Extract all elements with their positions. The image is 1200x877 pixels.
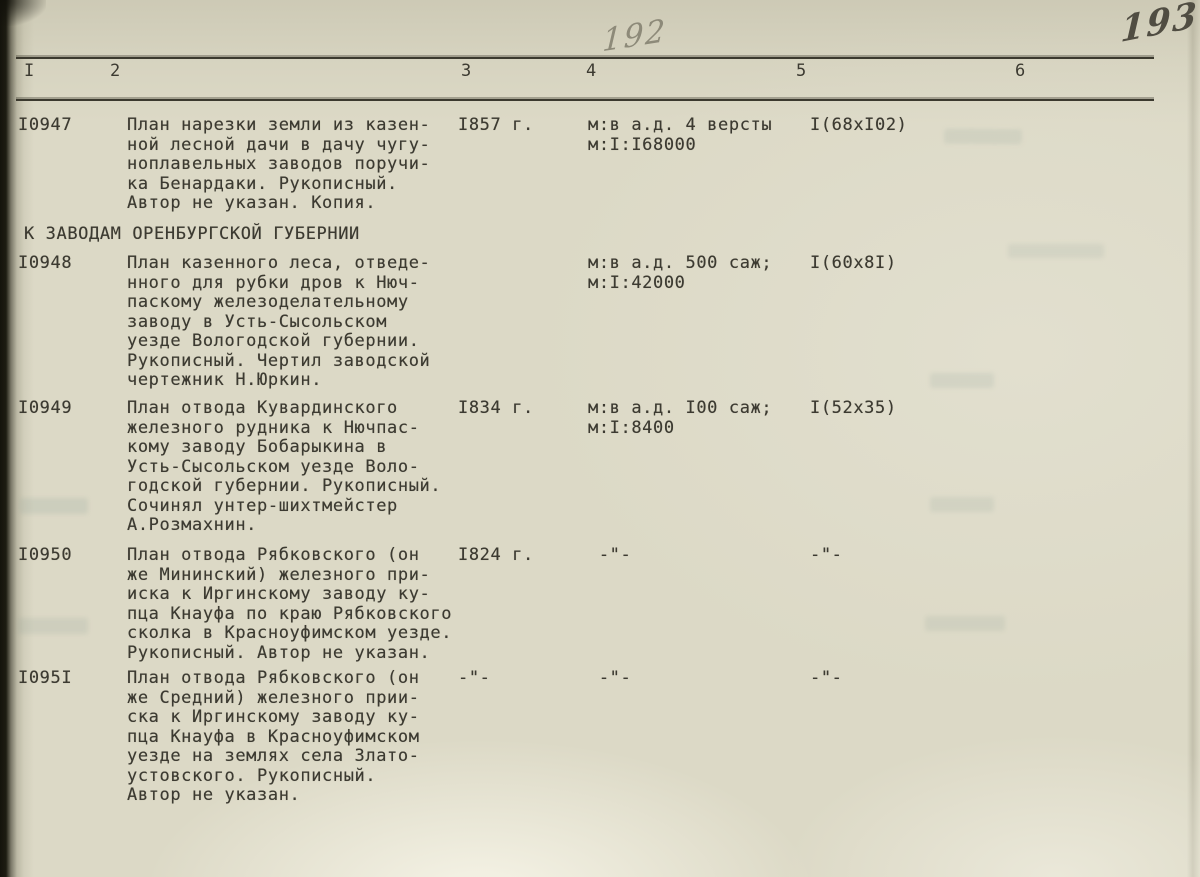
ink-show-through-smudge [944,129,1022,145]
entry-date: -"- [458,669,568,689]
entry-number: I0949 [18,399,108,419]
column-header-5: 5 [796,61,807,81]
section-heading: К ЗАВОДАМ ОРЕНБУРГСКОЙ ГУБЕРНИИ [24,224,360,244]
entry-date: I824 г. [458,546,568,566]
column-header-2: 2 [110,61,121,81]
entry-size: -"- [810,669,940,689]
entry-size: I(60х8I) [810,254,940,274]
entry-description: План отвода Рябковского (он же Средний) … [127,669,472,806]
column-header-6: 6 [1015,61,1026,81]
entry-size: I(68хI02) [810,116,940,136]
entry-scale: м:в а.д. 500 саж; м:I:42000 [588,254,803,293]
ink-show-through-smudge [930,373,994,388]
table-rule-header-bottom [16,99,1154,101]
entry-date: I834 г. [458,399,568,419]
entry-scale: -"- [588,669,803,689]
handwritten-page-number-left: 192 [601,13,667,60]
column-header-4: 4 [586,61,597,81]
entry-date: I857 г. [458,116,568,136]
entry-scale: м:в а.д. 4 версты м:I:I68000 [588,116,803,155]
ink-show-through-smudge [18,618,88,634]
entry-scale: м:в а.д. I00 саж; м:I:8400 [588,399,803,438]
entry-description: План казенного леса, отведе- нного для р… [127,254,472,391]
table-rule-top [16,57,1154,59]
entry-description: План отвода Кувардинского железного рудн… [127,399,472,536]
ink-show-through-smudge [925,616,1005,631]
ink-show-through-smudge [20,498,88,514]
scanned-catalog-page: 192 193 I 2 3 4 5 6 I0947 План нарезки з… [0,0,1200,877]
entry-scale: -"- [588,546,803,566]
handwritten-page-number-right: 193 [1120,0,1200,51]
entry-number: I0950 [18,546,108,566]
entry-size: I(52х35) [810,399,940,419]
entry-number: I095I [18,669,108,689]
column-header-3: 3 [461,61,472,81]
entry-description: План нарезки земли из казен- ной лесной … [127,116,472,214]
ink-show-through-smudge [930,497,994,512]
entry-number: I0947 [18,116,108,136]
entry-size: -"- [810,546,940,566]
entry-description: План отвода Рябковского (он же Мининский… [127,546,472,663]
ink-show-through-smudge [1008,244,1104,258]
entry-number: I0948 [18,254,108,274]
book-spine-corner [0,0,46,26]
column-header-1: I [24,61,35,81]
